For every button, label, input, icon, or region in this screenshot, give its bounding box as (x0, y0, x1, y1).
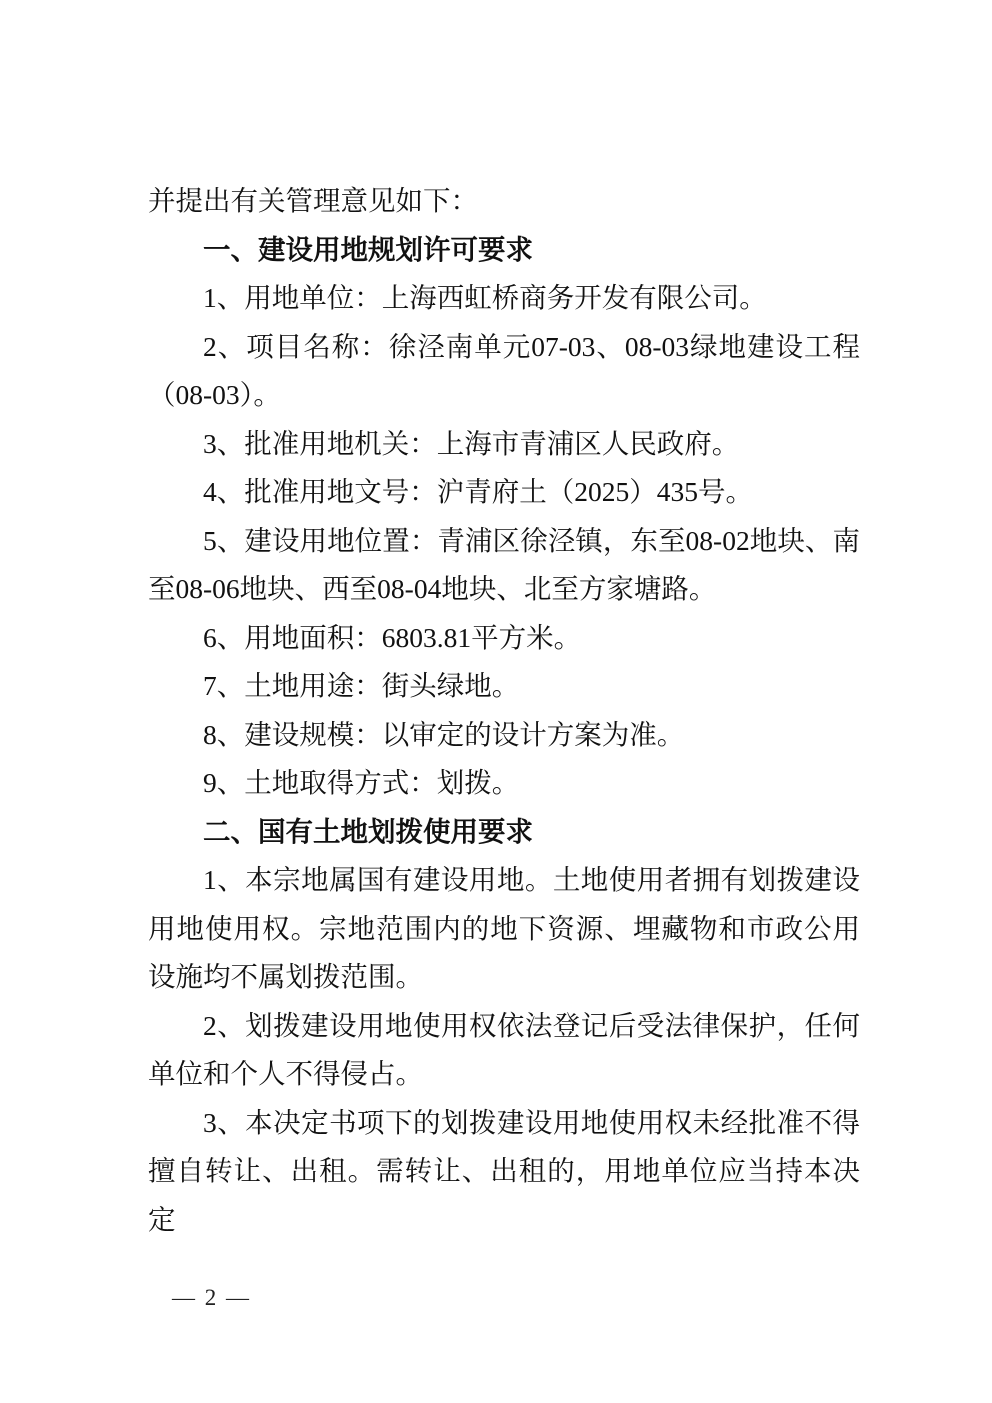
clause-1-state-owned-land: 1、本宗地属国有建设用地。土地使用者拥有划拨建设用地使用权。宗地范围内的地下资源… (148, 856, 860, 1002)
item-approval-doc-number: 4、批准用地文号：沪青府土（2025）435号。 (148, 468, 860, 517)
section-1-heading: 一、建设用地规划许可要求 (148, 226, 860, 275)
item-land-user: 1、用地单位：上海西虹桥商务开发有限公司。 (148, 274, 860, 323)
item-construction-scale: 8、建设规模：以审定的设计方案为准。 (148, 711, 860, 760)
item-project-name: 2、项目名称：徐泾南单元07-03、08-03绿地建设工程（08-03）。 (148, 323, 860, 420)
item-acquisition-method: 9、土地取得方式：划拨。 (148, 759, 860, 808)
item-land-location: 5、建设用地位置：青浦区徐泾镇，东至08-02地块、南至08-06地块、西至08… (148, 517, 860, 614)
section-2-heading: 二、国有土地划拨使用要求 (148, 808, 860, 857)
clause-2-legal-protection: 2、划拨建设用地使用权依法登记后受法律保护，任何单位和个人不得侵占。 (148, 1002, 860, 1099)
intro-paragraph: 并提出有关管理意见如下： (148, 177, 860, 226)
item-approval-authority: 3、批准用地机关：上海市青浦区人民政府。 (148, 420, 860, 469)
page-number: — 2 — (172, 1283, 251, 1313)
document-page-body: 并提出有关管理意见如下： 一、建设用地规划许可要求 1、用地单位：上海西虹桥商务… (148, 177, 860, 1244)
clause-3-transfer-restriction: 3、本决定书项下的划拨建设用地使用权未经批准不得擅自转让、出租。需转让、出租的，… (148, 1099, 860, 1245)
item-land-use: 7、土地用途：街头绿地。 (148, 662, 860, 711)
item-land-area: 6、用地面积：6803.81平方米。 (148, 614, 860, 663)
